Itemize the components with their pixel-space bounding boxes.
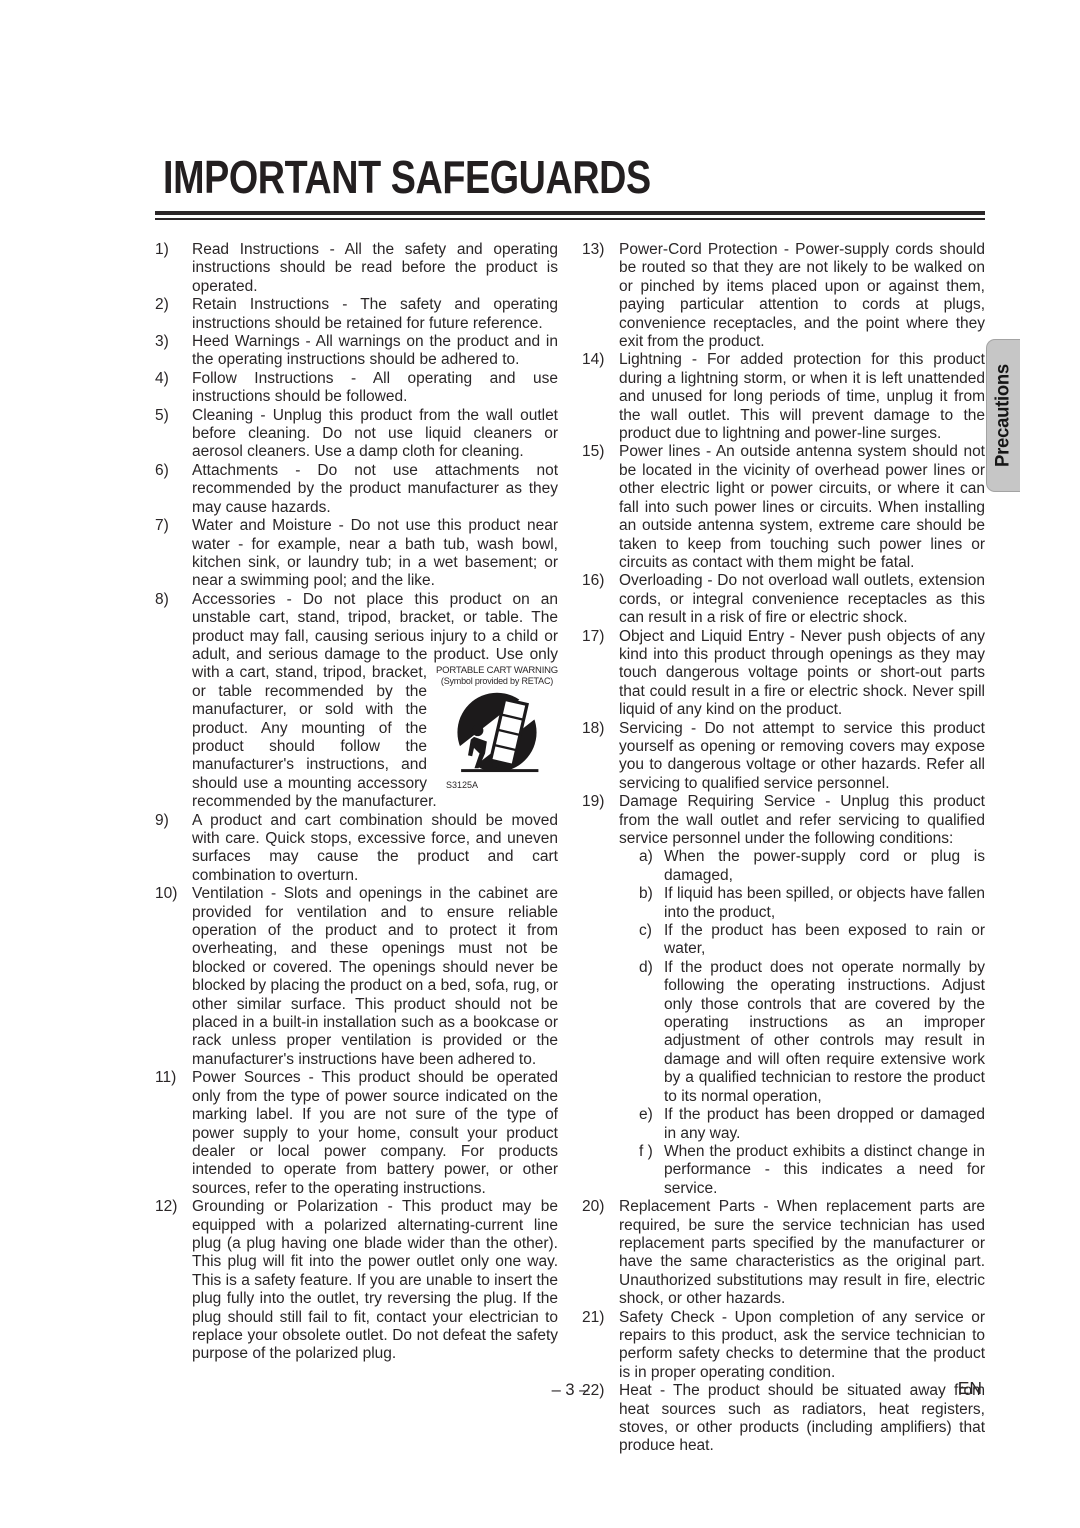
item-text: Attachments - Do not use attachments not… — [192, 462, 558, 517]
left-column: 1)Read Instructions - All the safety and… — [155, 241, 558, 1456]
sub-item-text: When the power-supply cord or plug is da… — [664, 848, 985, 885]
safeguard-item: 18)Servicing - Do not attempt to service… — [582, 720, 985, 794]
item-text: A product and cart combination should be… — [192, 812, 558, 886]
sub-item: e)If the product has been dropped or dam… — [639, 1106, 985, 1143]
item-text-part: stand, tripod, bracket, or table recomme… — [192, 664, 437, 810]
cart-warning-box: PORTABLE CART WARNING(Symbol provided by… — [436, 665, 558, 790]
sub-item: c)If the product has been exposed to rai… — [639, 922, 985, 959]
item-text: Heed Warnings - All warnings on the prod… — [192, 333, 558, 370]
safeguard-item: 15)Power lines - An outside antenna syst… — [582, 443, 985, 572]
sub-item-list: a)When the power-supply cord or plug is … — [619, 848, 985, 1198]
item-text: Cleaning - Unplug this product from the … — [192, 407, 558, 462]
cart-warning-subcaption: (Symbol provided by RETAC) — [436, 676, 558, 687]
page-title: IMPORTANT SAFEGUARDS — [163, 150, 837, 204]
sub-item: a)When the power-supply cord or plug is … — [639, 848, 985, 885]
item-number: 3) — [155, 333, 192, 370]
sub-item-letter: a) — [639, 848, 664, 885]
item-number: 13) — [582, 241, 619, 351]
item-number: 7) — [155, 517, 192, 591]
safeguard-item: 9)A product and cart combination should … — [155, 812, 558, 886]
item-number: 18) — [582, 720, 619, 794]
safeguard-item: 1)Read Instructions - All the safety and… — [155, 241, 558, 296]
item-number: 20) — [582, 1198, 619, 1308]
item-number: 17) — [582, 628, 619, 720]
item-text: Damage Requiring Service - Unplug this p… — [619, 793, 985, 848]
item-text: Accessories - Do not place this product … — [192, 591, 558, 812]
cart-warning-symbol-code: S3125A — [446, 780, 558, 790]
sub-item-text: When the product exhibits a distinct cha… — [664, 1143, 985, 1198]
safeguard-item: 10)Ventilation - Slots and openings in t… — [155, 885, 558, 1069]
item-number: 8) — [155, 591, 192, 812]
item-text: Ventilation - Slots and openings in the … — [192, 885, 558, 1069]
safeguard-item: 2)Retain Instructions - The safety and o… — [155, 296, 558, 333]
item-text: Follow Instructions - All operating and … — [192, 370, 558, 407]
sub-item: d)If the product does not operate normal… — [639, 959, 985, 1106]
safeguard-item: 19)Damage Requiring Service - Unplug thi… — [582, 793, 985, 1198]
item-text: Replacement Parts - When replacement par… — [619, 1198, 985, 1308]
safeguard-item: 7)Water and Moisture - Do not use this p… — [155, 517, 558, 591]
safeguard-item: 13)Power-Cord Protection - Power-supply … — [582, 241, 985, 351]
sub-item-text: If the product has been dropped or damag… — [664, 1106, 985, 1143]
item-number: 10) — [155, 885, 192, 1069]
item-number: 5) — [155, 407, 192, 462]
item-text: Power-Cord Protection - Power-supply cor… — [619, 241, 985, 351]
item-number: 9) — [155, 812, 192, 886]
sub-item: f )When the product exhibits a distinct … — [639, 1143, 985, 1198]
item-text: Object and Liquid Entry - Never push obj… — [619, 628, 985, 720]
sub-item-text: If liquid has been spilled, or objects h… — [664, 885, 985, 922]
language-code: EN — [958, 1378, 982, 1399]
item-number: 2) — [155, 296, 192, 333]
item-text: Power Sources - This product should be o… — [192, 1069, 558, 1198]
item-text: Read Instructions - All the safety and o… — [192, 241, 558, 296]
sub-item: b)If liquid has been spilled, or objects… — [639, 885, 985, 922]
page-content: IMPORTANT SAFEGUARDS 1)Read Instructions… — [155, 150, 985, 1456]
item-number: 21) — [582, 1309, 619, 1383]
sub-item-text: If the product has been exposed to rain … — [664, 922, 985, 959]
sub-item-text: If the product does not operate normally… — [664, 959, 985, 1106]
item-text: Safety Check - Upon completion of any se… — [619, 1309, 985, 1383]
safeguard-item: 12)Grounding or Polarization - This prod… — [155, 1198, 558, 1364]
item-number: 4) — [155, 370, 192, 407]
sub-item-letter: e) — [639, 1106, 664, 1143]
right-column: 13)Power-Cord Protection - Power-supply … — [582, 241, 985, 1456]
sub-item-letter: c) — [639, 922, 664, 959]
item-number: 11) — [155, 1069, 192, 1198]
item-number: 12) — [155, 1198, 192, 1364]
item-number: 1) — [155, 241, 192, 296]
item-text: Overloading - Do not overload wall outle… — [619, 572, 985, 627]
item-text: Retain Instructions - The safety and ope… — [192, 296, 558, 333]
safeguard-item: 16)Overloading - Do not overload wall ou… — [582, 572, 985, 627]
precautions-tab-label: Precautions — [992, 364, 1015, 467]
cart-warning-caption: PORTABLE CART WARNING — [436, 665, 558, 676]
cart-warning-icon — [451, 690, 543, 782]
item-text: Grounding or Polarization - This product… — [192, 1198, 558, 1364]
item-text: Servicing - Do not attempt to service th… — [619, 720, 985, 794]
safeguard-item: 21)Safety Check - Upon completion of any… — [582, 1309, 985, 1383]
safeguard-item: 3)Heed Warnings - All warnings on the pr… — [155, 333, 558, 370]
safeguard-item: 11)Power Sources - This product should b… — [155, 1069, 558, 1198]
title-rule — [155, 211, 985, 220]
safeguard-item: 17)Object and Liquid Entry - Never push … — [582, 628, 985, 720]
safeguard-item: 5)Cleaning - Unplug this product from th… — [155, 407, 558, 462]
safeguard-item: 20)Replacement Parts - When replacement … — [582, 1198, 985, 1308]
item-number: 16) — [582, 572, 619, 627]
manual-page: IMPORTANT SAFEGUARDS 1)Read Instructions… — [0, 0, 1080, 1528]
precautions-tab: Precautions — [986, 339, 1020, 492]
safeguard-item: 4)Follow Instructions - All operating an… — [155, 370, 558, 407]
item-text: Lightning - For added protection for thi… — [619, 351, 985, 443]
two-column-layout: 1)Read Instructions - All the safety and… — [155, 241, 985, 1456]
page-number: – 3 – — [155, 1381, 985, 1400]
item-number: 19) — [582, 793, 619, 1198]
safeguard-item: 6)Attachments - Do not use attachments n… — [155, 462, 558, 517]
sub-item-letter: b) — [639, 885, 664, 922]
item-text: Power lines - An outside antenna system … — [619, 443, 985, 572]
sub-item-letter: f ) — [639, 1143, 664, 1198]
item-number: 15) — [582, 443, 619, 572]
sub-item-letter: d) — [639, 959, 664, 1106]
item-text: Water and Moisture - Do not use this pro… — [192, 517, 558, 591]
safeguard-item: 14)Lightning - For added protection for … — [582, 351, 985, 443]
safeguard-item: 8)Accessories - Do not place this produc… — [155, 591, 558, 812]
item-number: 14) — [582, 351, 619, 443]
item-number: 6) — [155, 462, 192, 517]
